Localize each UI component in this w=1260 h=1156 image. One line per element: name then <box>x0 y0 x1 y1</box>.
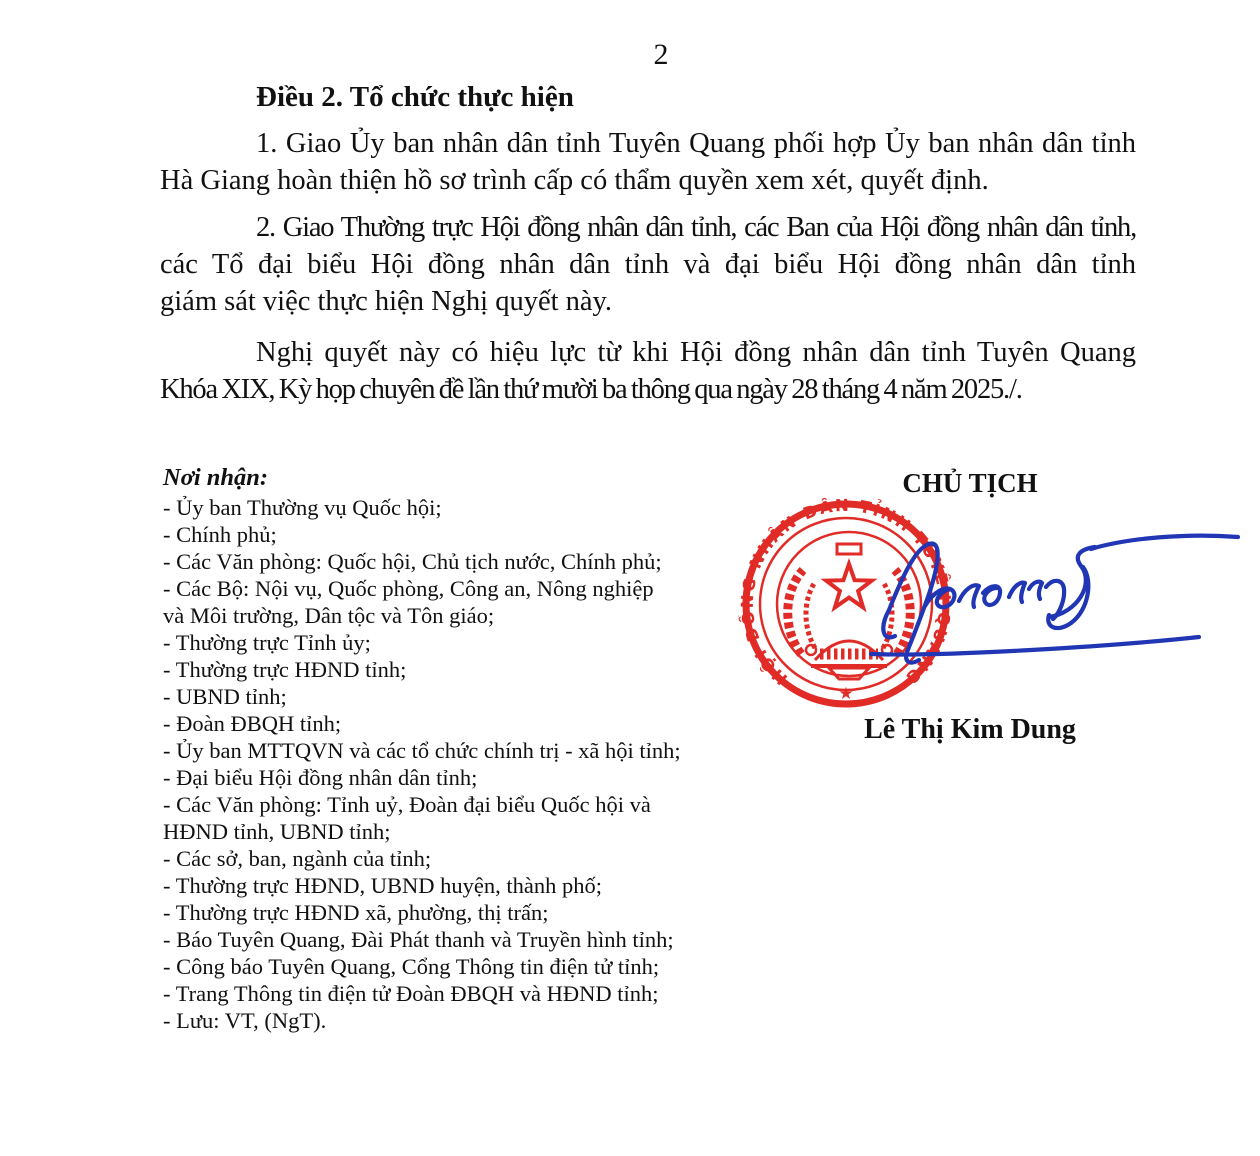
recipient-line: - Thường trực HĐND xã, phường, thị trấn; <box>163 899 763 926</box>
recipient-line: và Môi trường, Dân tộc và Tôn giáo; <box>163 602 763 629</box>
seal-star: ★ <box>838 684 853 703</box>
text-line: Hà Giang hoàn thiện hồ sơ trình cấp có t… <box>160 162 1136 199</box>
recipient-line: - Thường trực HĐND, UBND huyện, thành ph… <box>163 872 763 899</box>
recipient-line: - Chính phủ; <box>163 521 763 548</box>
document-page: 2 Điều 2. Tổ chức thực hiện 1. Giao Ủy b… <box>0 0 1260 1156</box>
recipient-line: - Các Bộ: Nội vụ, Quốc phòng, Công an, N… <box>163 575 763 602</box>
article-heading: Điều 2. Tổ chức thực hiện <box>160 79 1136 116</box>
recipient-line: - Trang Thông tin điện tử Đoàn ĐBQH và H… <box>163 980 763 1007</box>
recipient-line: - Các Văn phòng: Tỉnh uỷ, Đoàn đại biểu … <box>163 791 763 818</box>
recipients-list: - Ủy ban Thường vụ Quốc hội;- Chính phủ;… <box>163 494 763 1034</box>
body-paragraph: 2. Giao Thường trực Hội đồng nhân dân tỉ… <box>160 209 1136 320</box>
recipient-line: - Ủy ban MTTQVN và các tổ chức chính trị… <box>163 737 763 764</box>
recipient-line: - Thường trực Tỉnh ủy; <box>163 629 763 656</box>
signature-ink <box>865 520 1240 670</box>
signer-name: Lê Thị Kim Dung <box>835 714 1105 746</box>
recipient-line: - Đoàn ĐBQH tỉnh; <box>163 710 763 737</box>
recipient-line: - Các Văn phòng: Quốc hội, Chủ tịch nước… <box>163 548 763 575</box>
recipient-line: - Ủy ban Thường vụ Quốc hội; <box>163 494 763 521</box>
body-paragraph: Nghị quyết này có hiệu lực từ khi Hội đồ… <box>160 334 1136 408</box>
text-line: giám sát việc thực hiện Nghị quyết này. <box>160 283 1136 320</box>
recipient-line: - Thường trực HĐND tỉnh; <box>163 656 763 683</box>
body-paragraph: 1. Giao Ủy ban nhân dân tỉnh Tuyên Quang… <box>160 125 1136 199</box>
article-body: Điều 2. Tổ chức thực hiện 1. Giao Ủy ban… <box>160 79 1136 408</box>
recipient-line: - Đại biểu Hội đồng nhân dân tỉnh; <box>163 764 763 791</box>
text-line: Khóa XIX, Kỳ họp chuyên đề lần thứ mười … <box>160 371 1136 408</box>
recipient-line: - Báo Tuyên Quang, Đài Phát thanh và Tru… <box>163 926 763 953</box>
recipient-line: - UBND tỉnh; <box>163 683 763 710</box>
text-line: các Tổ đại biểu Hội đồng nhân dân tỉnh v… <box>160 246 1136 283</box>
text-line: 2. Giao Thường trực Hội đồng nhân dân tỉ… <box>160 209 1136 246</box>
text-line: 1. Giao Ủy ban nhân dân tỉnh Tuyên Quang… <box>160 125 1136 162</box>
recipient-line: - Các sở, ban, ngành của tỉnh; <box>163 845 763 872</box>
recipient-line: - Lưu: VT, (NgT). <box>163 1007 763 1034</box>
chairman-title: CHỦ TỊCH <box>845 468 1095 499</box>
recipients-label: Nơi nhận: <box>163 464 268 492</box>
page-number: 2 <box>611 38 711 72</box>
recipient-line: - Công báo Tuyên Quang, Cổng Thông tin đ… <box>163 953 763 980</box>
text-line: Nghị quyết này có hiệu lực từ khi Hội đồ… <box>160 334 1136 371</box>
recipient-line: HĐND tỉnh, UBND tỉnh; <box>163 818 763 845</box>
